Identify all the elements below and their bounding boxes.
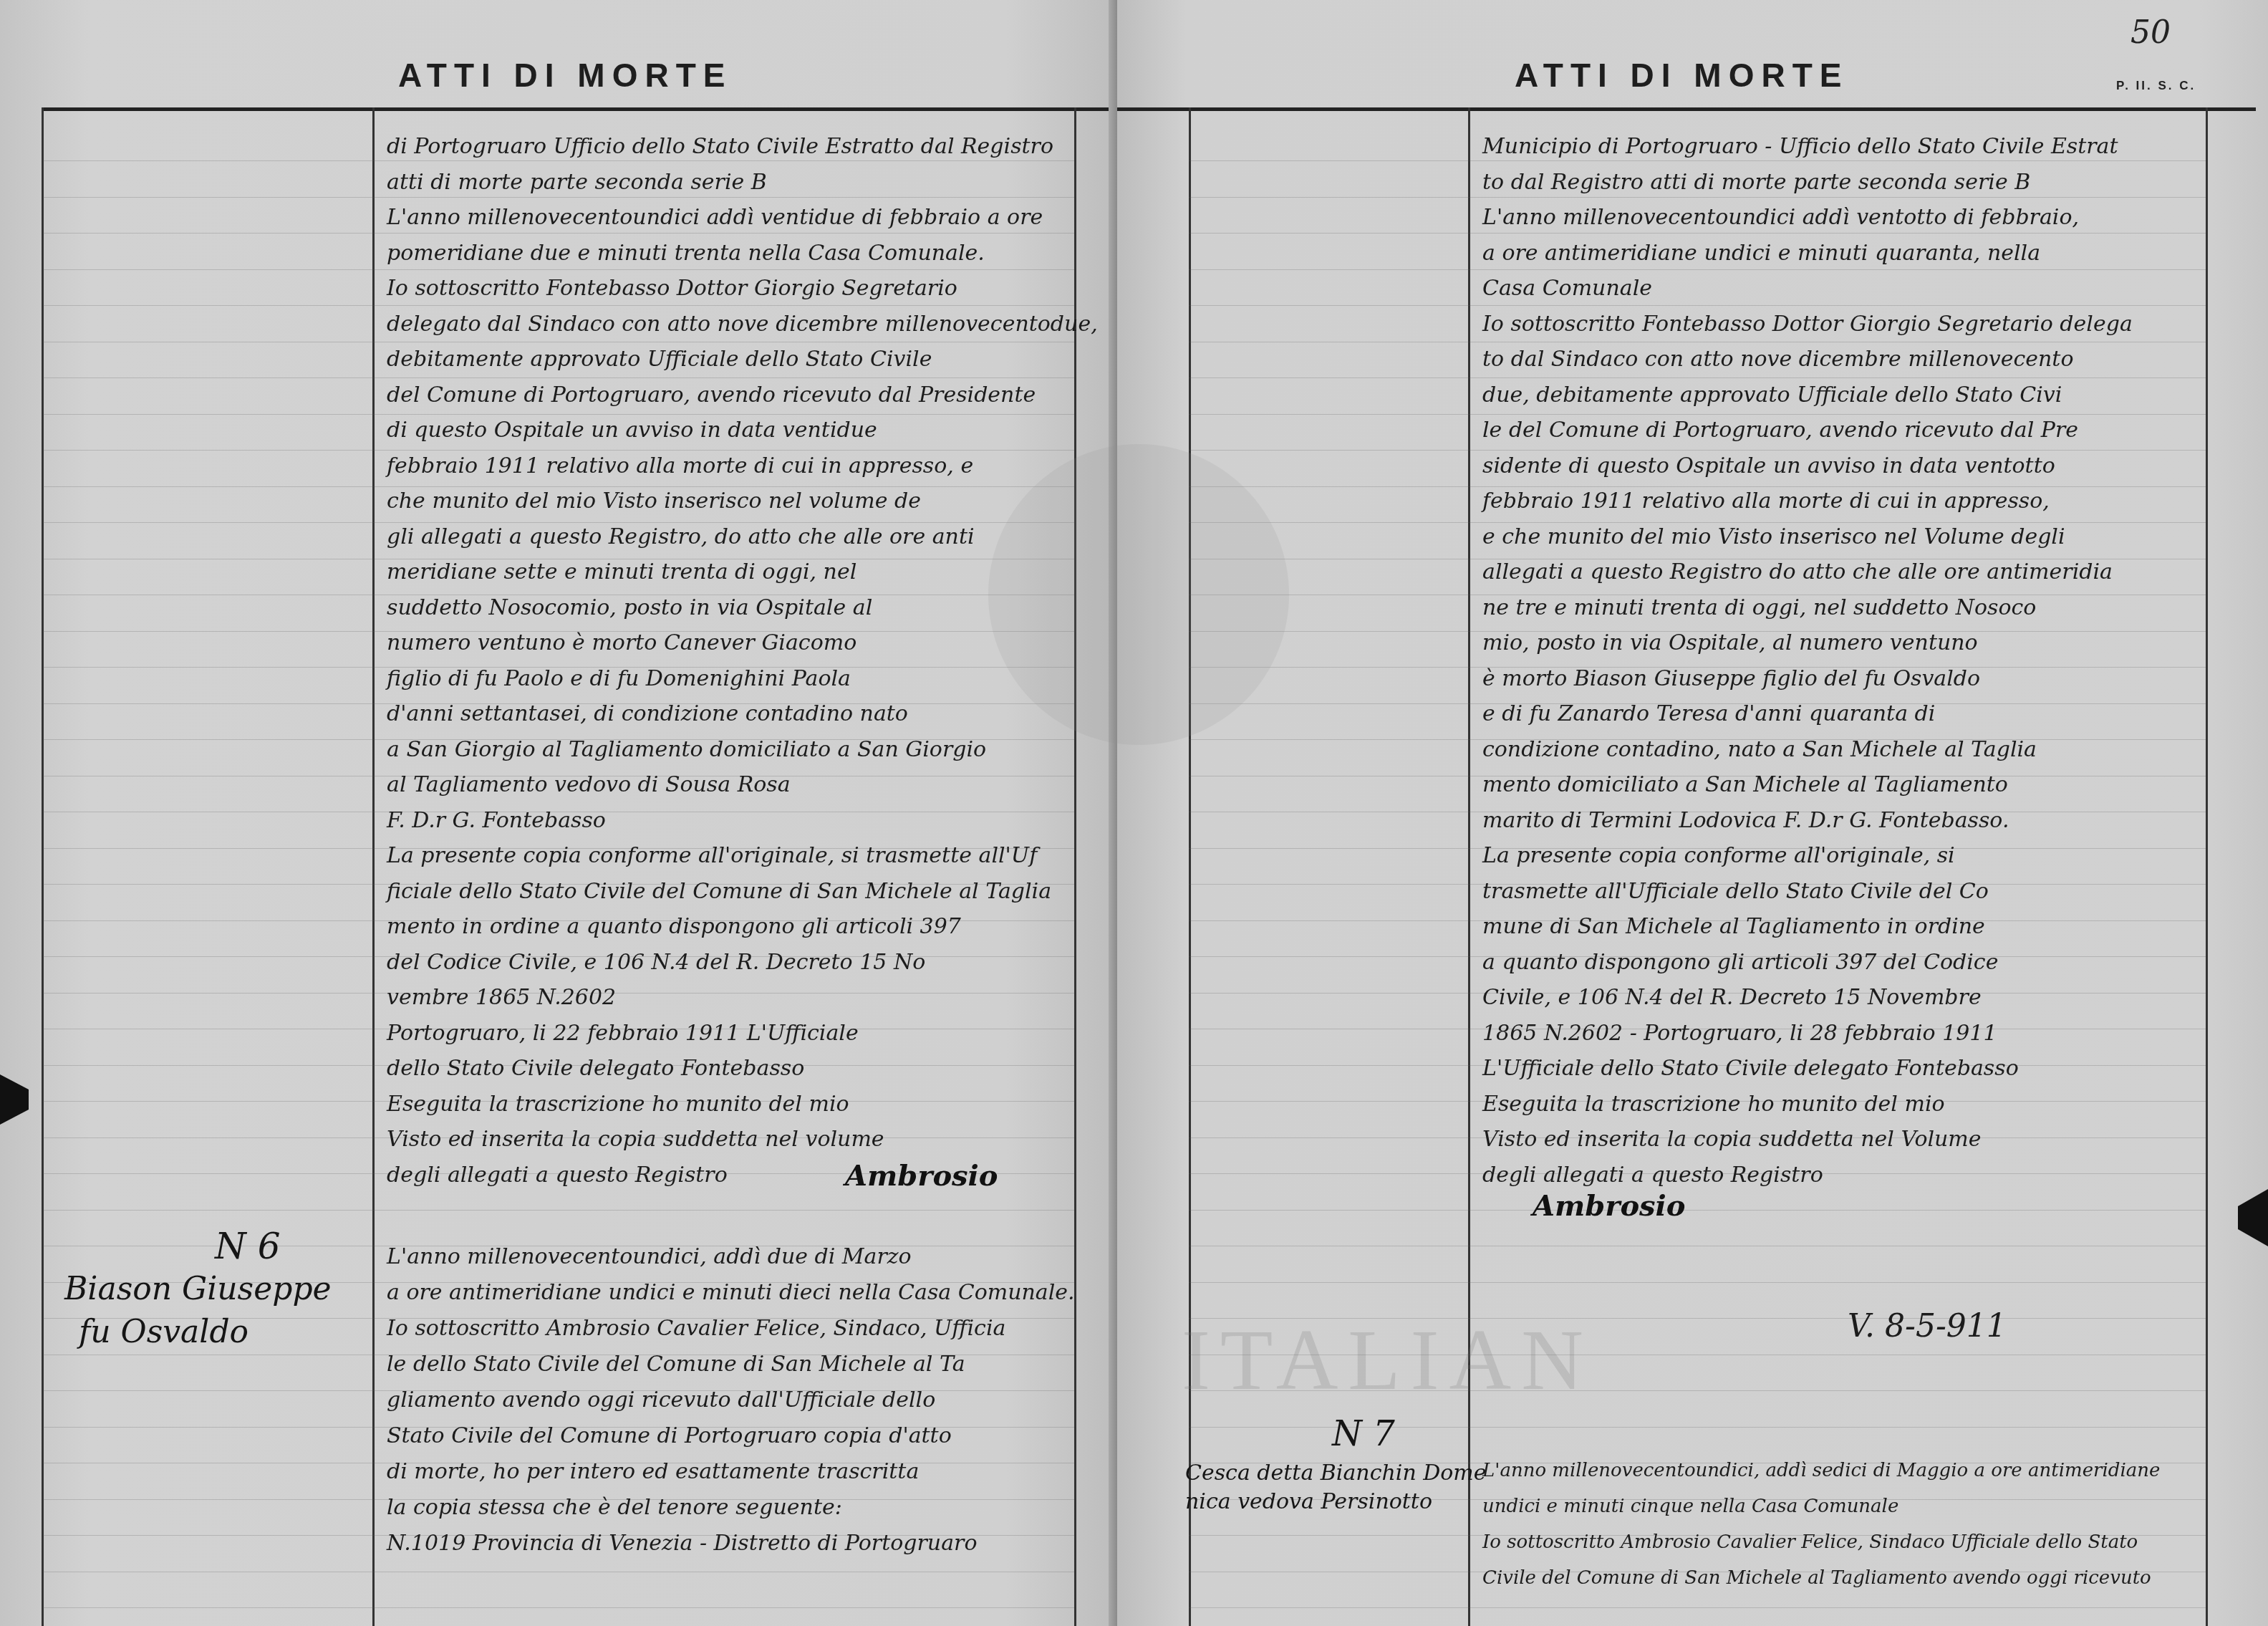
handwritten-line: mune di San Michele al Tagliamento in or… <box>1482 916 1985 938</box>
handwritten-line: del Codice Civile, e 106 N.4 del R. Decr… <box>387 952 925 973</box>
ruled-line <box>43 522 1074 523</box>
right-text-column-border <box>2206 107 2208 1626</box>
handwritten-line: 1865 N.2602 - Portogruaro, li 28 febbrai… <box>1482 1023 1997 1044</box>
handwritten-line: Civile del Comune di San Michele al Tagl… <box>1482 1569 2151 1587</box>
handwritten-line: Casa Comunale <box>1482 278 1652 299</box>
handwritten-line: due, debitamente approvato Ufficiale del… <box>1482 385 2062 406</box>
ruled-line <box>1189 160 2206 161</box>
handwritten-line: to dal Registro atti di morte parte seco… <box>1482 172 2030 193</box>
entry-6-name: Biason Giuseppe <box>64 1271 332 1308</box>
watermark-emblem <box>988 444 1289 745</box>
handwritten-line: La presente copia conforme all'originale… <box>1482 845 1955 867</box>
handwritten-line: figlio di fu Paolo e di fu Domenighini P… <box>387 668 851 690</box>
handwritten-line: Stato Civile del Comune di Portogruaro c… <box>387 1425 952 1447</box>
handwritten-line: Eseguita la trascrizione ho munito del m… <box>1482 1094 1945 1115</box>
entry-6-patronymic: fu Osvaldo <box>79 1314 248 1351</box>
handwritten-line: del Comune di Portogruaro, avendo ricevu… <box>387 385 1036 406</box>
handwritten-line: Municipio di Portogruaro - Ufficio dello… <box>1482 136 2118 158</box>
ruled-line <box>1189 342 2206 342</box>
ruled-line <box>43 305 1074 306</box>
handwritten-line: gliamento avendo oggi ricevuto dall'Uffi… <box>387 1390 935 1411</box>
verification-annotation: V. 8-5-911 <box>1848 1311 2007 1342</box>
left-page: ATTI DI MORTE di Portogruaro Ufficio del… <box>0 0 1117 1626</box>
handwritten-line: le dello Stato Civile del Comune di San … <box>387 1354 965 1375</box>
handwritten-line: ne tre e minuti trenta di oggi, nel sudd… <box>1482 597 2036 619</box>
entry-number-7: N 7 <box>1332 1415 1395 1454</box>
ruled-line <box>1189 1282 2206 1283</box>
ruled-line <box>1189 269 2206 270</box>
handwritten-line: L'anno millenovecentoundici, addì sedici… <box>1482 1461 2160 1480</box>
handwritten-line: mio, posto in via Ospitale, al numero ve… <box>1482 632 1978 654</box>
ruled-line <box>43 1607 1074 1608</box>
handwritten-line: Io sottoscritto Fontebasso Dottor Giorgi… <box>387 278 957 299</box>
handwritten-line: undici e minuti cinque nella Casa Comuna… <box>1482 1497 1898 1516</box>
entry-7-name-cont: nica vedova Persinotto <box>1185 1490 1432 1515</box>
handwritten-line: to dal Sindaco con atto nove dicembre mi… <box>1482 349 2073 370</box>
ruled-line <box>1189 197 2206 198</box>
handwritten-line: Visto ed inserita la copia suddetta nel … <box>387 1129 884 1150</box>
handwritten-line: marito di Termini Lodovica F. D.r G. Fon… <box>1482 810 2009 832</box>
handwritten-line: Eseguita la trascrizione ho munito del m… <box>387 1094 849 1115</box>
ruled-line <box>43 233 1074 234</box>
handwritten-line: sidente di questo Ospitale un avviso in … <box>1482 456 2055 477</box>
ruled-line <box>43 486 1074 487</box>
handwritten-line: che munito del mio Visto inserisco nel v… <box>387 491 921 512</box>
ruled-line <box>43 1572 1074 1572</box>
ruled-line <box>1189 450 2206 451</box>
handwritten-line: Io sottoscritto Ambrosio Cavalier Felice… <box>387 1318 1005 1339</box>
handwritten-line: le del Comune di Portogruaro, avendo ric… <box>1482 420 2078 441</box>
ruled-line <box>43 450 1074 451</box>
handwritten-line: meridiane sette e minuti trenta di oggi,… <box>387 562 856 583</box>
ruled-line <box>43 1210 1074 1211</box>
right-signature: Ambrosio <box>1533 1189 1685 1223</box>
handwritten-line: e di fu Zanardo Teresa d'anni quaranta d… <box>1482 703 1935 725</box>
handwritten-line: gli allegati a questo Registro, do atto … <box>387 526 975 548</box>
handwritten-line: atti di morte parte seconda serie B <box>387 172 767 193</box>
handwritten-line: di morte, ho per intero ed esattamente t… <box>387 1461 919 1483</box>
handwritten-line: Io sottoscritto Ambrosio Cavalier Felice… <box>1482 1533 2138 1552</box>
ruled-line <box>43 160 1074 161</box>
right-page-tab <box>2238 1189 2268 1246</box>
handwritten-line: la copia stessa che è del tenore seguent… <box>387 1497 842 1519</box>
handwritten-line: Io sottoscritto Fontebasso Dottor Giorgi… <box>1482 314 2133 335</box>
ruled-line <box>1189 414 2206 415</box>
ruled-line <box>43 377 1074 378</box>
handwritten-line: Portogruaro, li 22 febbraio 1911 L'Uffic… <box>387 1023 859 1044</box>
ruled-line <box>1189 486 2206 487</box>
ruled-line <box>1189 377 2206 378</box>
handwritten-line: al Tagliamento vedovo di Sousa Rosa <box>387 774 791 796</box>
ruled-line <box>1189 1210 2206 1211</box>
handwritten-line: trasmette all'Ufficiale dello Stato Civi… <box>1482 881 1989 903</box>
left-outer-border <box>42 107 44 1626</box>
handwritten-line: L'anno millenovecentoundici addì ventidu… <box>387 207 1043 228</box>
ruled-line <box>43 197 1074 198</box>
handwritten-line: mento domiciliato a San Michele al Tagli… <box>1482 774 2008 796</box>
handwritten-line: L'anno millenovecentoundici, addì due di… <box>387 1246 912 1268</box>
left-signature: Ambrosio <box>845 1159 998 1193</box>
handwritten-line: febbraio 1911 relativo alla morte di cui… <box>387 456 973 477</box>
left-page-header: ATTI DI MORTE <box>398 56 732 95</box>
watermark-text: ITALIAN <box>1182 1311 1593 1410</box>
handwritten-line: vembre 1865 N.2602 <box>387 987 616 1009</box>
handwritten-line: debitamente approvato Ufficiale dello St… <box>387 349 932 370</box>
handwritten-line: L'anno millenovecentoundici addì ventott… <box>1482 207 2079 228</box>
handwritten-line: pomeridiane due e minuti trenta nella Ca… <box>387 243 985 264</box>
page-number: 50 <box>2131 14 2171 51</box>
handwritten-line: a quanto dispongono gli articoli 397 del… <box>1482 952 1998 973</box>
handwritten-line: numero ventuno è morto Canever Giacomo <box>387 632 856 654</box>
handwritten-line: F. D.r G. Fontebasso <box>387 810 606 832</box>
entry-7-name: Cesca detta Bianchin Dome <box>1185 1461 1487 1486</box>
handwritten-line: degli allegati a questo Registro <box>387 1165 728 1186</box>
right-page-header: ATTI DI MORTE <box>1515 56 1848 95</box>
ruled-line <box>1189 522 2206 523</box>
handwritten-line: di questo Ospitale un avviso in data ven… <box>387 420 877 441</box>
handwritten-line: di Portogruaro Ufficio dello Stato Civil… <box>387 136 1053 158</box>
handwritten-line: Civile, e 106 N.4 del R. Decreto 15 Nove… <box>1482 987 1982 1009</box>
handwritten-line: condizione contadino, nato a San Michele… <box>1482 739 2037 761</box>
handwritten-line: mento in ordine a quanto dispongono gli … <box>387 916 961 938</box>
handwritten-line: dello Stato Civile delegato Fontebasso <box>387 1058 804 1079</box>
left-page-tab <box>0 1074 29 1125</box>
handwritten-line: allegati a questo Registro do atto che a… <box>1482 562 2113 583</box>
ruled-line <box>43 414 1074 415</box>
handwritten-line: L'Ufficiale dello Stato Civile delegato … <box>1482 1058 2019 1079</box>
header-rule-right <box>1117 107 2256 111</box>
handwritten-line: è morto Biason Giuseppe figlio del fu Os… <box>1482 668 1980 690</box>
ruled-line <box>1189 1607 2206 1608</box>
entry-number-6: N 6 <box>215 1226 280 1268</box>
ruled-line <box>1189 1246 2206 1246</box>
handwritten-line: a San Giorgio al Tagliamento domiciliato… <box>387 739 986 761</box>
ruled-line <box>1189 233 2206 234</box>
form-code: P. II. S. C. <box>2116 79 2196 93</box>
handwritten-line: e che munito del mio Visto inserisco nel… <box>1482 526 2065 548</box>
handwritten-line: Visto ed inserita la copia suddetta nel … <box>1482 1129 1982 1150</box>
handwritten-line: delegato dal Sindaco con atto nove dicem… <box>387 314 1098 335</box>
handwritten-line: a ore antimeridiane undici e minuti diec… <box>387 1282 1075 1304</box>
handwritten-line: a ore antimeridiane undici e minuti quar… <box>1482 243 2040 264</box>
handwritten-line: N.1019 Provincia di Venezia - Distretto … <box>387 1533 977 1554</box>
handwritten-line: d'anni settantasei, di condizione contad… <box>387 703 908 725</box>
ruled-line <box>43 269 1074 270</box>
handwritten-line: La presente copia conforme all'originale… <box>387 845 1037 867</box>
handwritten-line: ficiale dello Stato Civile del Comune di… <box>387 881 1051 903</box>
handwritten-line: degli allegati a questo Registro <box>1482 1165 1823 1186</box>
ruled-line <box>43 342 1074 342</box>
header-rule <box>42 107 1109 111</box>
ruled-line <box>1189 305 2206 306</box>
handwritten-line: febbraio 1911 relativo alla morte di cui… <box>1482 491 2050 512</box>
left-margin-column-border <box>372 107 375 1626</box>
handwritten-line: suddetto Nosocomio, posto in via Ospital… <box>387 597 872 619</box>
